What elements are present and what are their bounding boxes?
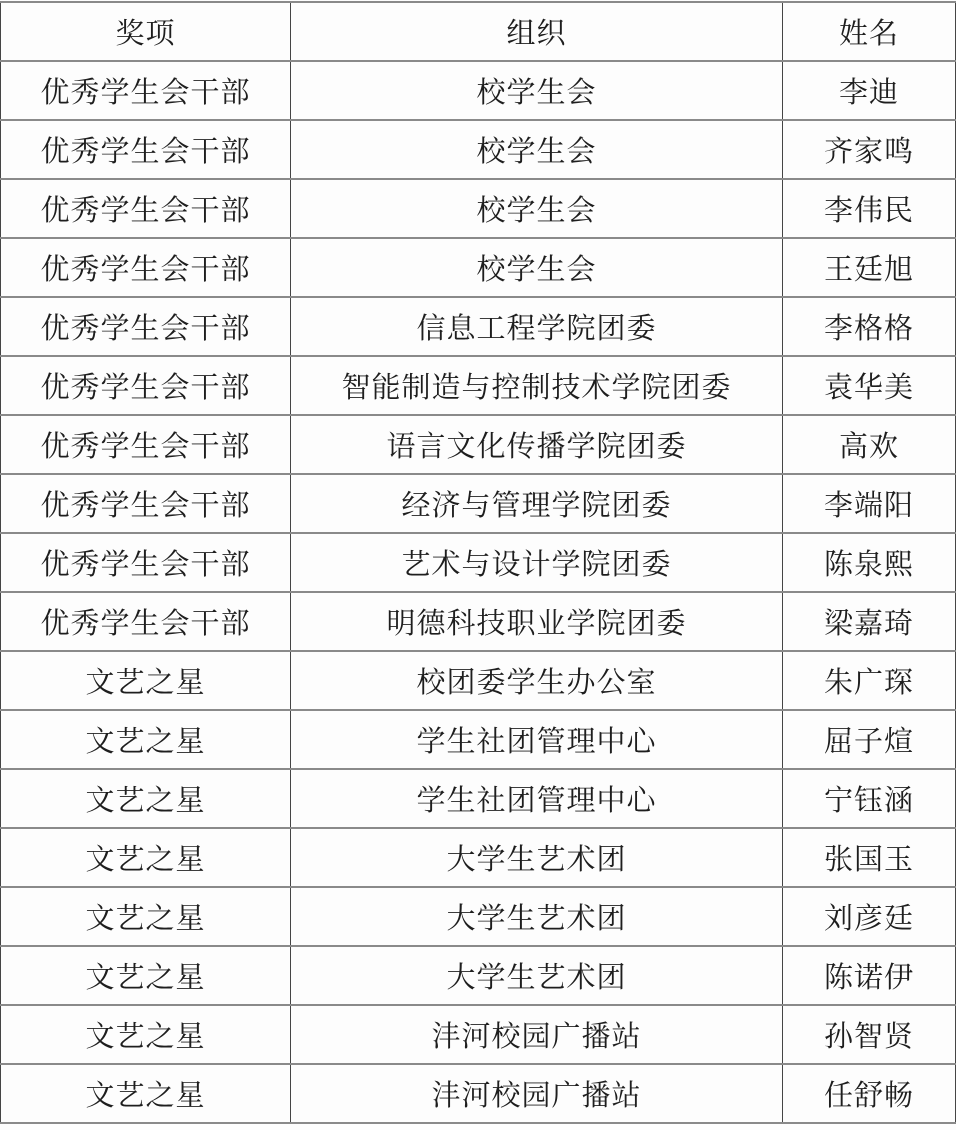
name-cell: 朱广琛 — [783, 651, 956, 710]
award-cell: 优秀学生会干部 — [1, 356, 291, 415]
organization-cell: 沣河校园广播站 — [291, 1005, 783, 1064]
table-row: 文艺之星大学生艺术团陈诺伊 — [1, 946, 956, 1005]
award-cell: 优秀学生会干部 — [1, 533, 291, 592]
table-row: 文艺之星大学生艺术团刘彦廷 — [1, 887, 956, 946]
organization-cell: 大学生艺术团 — [291, 828, 783, 887]
table-row: 优秀学生会干部校学生会齐家鸣 — [1, 120, 956, 179]
name-cell: 屈子煊 — [783, 710, 956, 769]
organization-cell: 学生社团管理中心 — [291, 710, 783, 769]
award-cell: 优秀学生会干部 — [1, 120, 291, 179]
table-row: 优秀学生会干部校学生会李伟民 — [1, 179, 956, 238]
award-cell: 优秀学生会干部 — [1, 297, 291, 356]
table-header: 奖项 组织 姓名 — [1, 2, 956, 61]
organization-cell: 明德科技职业学院团委 — [291, 592, 783, 651]
table-row: 文艺之星校团委学生办公室朱广琛 — [1, 651, 956, 710]
organization-cell: 沣河校园广播站 — [291, 1064, 783, 1123]
organization-cell: 大学生艺术团 — [291, 887, 783, 946]
award-cell: 优秀学生会干部 — [1, 415, 291, 474]
award-cell: 优秀学生会干部 — [1, 179, 291, 238]
award-cell: 文艺之星 — [1, 710, 291, 769]
organization-cell: 语言文化传播学院团委 — [291, 415, 783, 474]
organization-cell: 校学生会 — [291, 238, 783, 297]
organization-cell: 校学生会 — [291, 120, 783, 179]
name-cell: 王廷旭 — [783, 238, 956, 297]
award-cell: 优秀学生会干部 — [1, 592, 291, 651]
organization-cell: 大学生艺术团 — [291, 946, 783, 1005]
award-cell: 优秀学生会干部 — [1, 474, 291, 533]
organization-cell: 校学生会 — [291, 61, 783, 120]
award-cell: 优秀学生会干部 — [1, 61, 291, 120]
organization-cell: 学生社团管理中心 — [291, 769, 783, 828]
table-row: 优秀学生会干部经济与管理学院团委李端阳 — [1, 474, 956, 533]
table-row: 文艺之星沣河校园广播站孙智贤 — [1, 1005, 956, 1064]
award-cell: 文艺之星 — [1, 1005, 291, 1064]
name-cell: 陈泉熙 — [783, 533, 956, 592]
name-cell: 任舒畅 — [783, 1064, 956, 1123]
table-body: 优秀学生会干部校学生会李迪优秀学生会干部校学生会齐家鸣优秀学生会干部校学生会李伟… — [1, 61, 956, 1123]
table-row: 优秀学生会干部智能制造与控制技术学院团委袁华美 — [1, 356, 956, 415]
awards-table: 奖项 组织 姓名 优秀学生会干部校学生会李迪优秀学生会干部校学生会齐家鸣优秀学生… — [0, 1, 956, 1124]
award-cell: 文艺之星 — [1, 946, 291, 1005]
award-cell: 文艺之星 — [1, 651, 291, 710]
table-row: 文艺之星学生社团管理中心屈子煊 — [1, 710, 956, 769]
table-row: 文艺之星沣河校园广播站任舒畅 — [1, 1064, 956, 1123]
organization-cell: 经济与管理学院团委 — [291, 474, 783, 533]
table-row: 优秀学生会干部信息工程学院团委李格格 — [1, 297, 956, 356]
name-cell: 齐家鸣 — [783, 120, 956, 179]
table-row: 优秀学生会干部校学生会李迪 — [1, 61, 956, 120]
table-row: 文艺之星大学生艺术团张国玉 — [1, 828, 956, 887]
organization-cell: 艺术与设计学院团委 — [291, 533, 783, 592]
name-cell: 袁华美 — [783, 356, 956, 415]
name-cell: 李伟民 — [783, 179, 956, 238]
column-header-name: 姓名 — [783, 2, 956, 61]
award-cell: 文艺之星 — [1, 828, 291, 887]
name-cell: 李迪 — [783, 61, 956, 120]
table-row: 优秀学生会干部艺术与设计学院团委陈泉熙 — [1, 533, 956, 592]
award-cell: 文艺之星 — [1, 887, 291, 946]
name-cell: 宁钰涵 — [783, 769, 956, 828]
award-cell: 文艺之星 — [1, 769, 291, 828]
header-row: 奖项 组织 姓名 — [1, 2, 956, 61]
name-cell: 刘彦廷 — [783, 887, 956, 946]
award-cell: 优秀学生会干部 — [1, 238, 291, 297]
table-row: 文艺之星学生社团管理中心宁钰涵 — [1, 769, 956, 828]
name-cell: 梁嘉琦 — [783, 592, 956, 651]
table-row: 优秀学生会干部校学生会王廷旭 — [1, 238, 956, 297]
organization-cell: 智能制造与控制技术学院团委 — [291, 356, 783, 415]
name-cell: 孙智贤 — [783, 1005, 956, 1064]
name-cell: 李格格 — [783, 297, 956, 356]
document-page: 奖项 组织 姓名 优秀学生会干部校学生会李迪优秀学生会干部校学生会齐家鸣优秀学生… — [0, 0, 956, 1130]
name-cell: 陈诺伊 — [783, 946, 956, 1005]
table-row: 优秀学生会干部明德科技职业学院团委梁嘉琦 — [1, 592, 956, 651]
name-cell: 高欢 — [783, 415, 956, 474]
name-cell: 张国玉 — [783, 828, 956, 887]
table-row: 优秀学生会干部语言文化传播学院团委高欢 — [1, 415, 956, 474]
column-header-organization: 组织 — [291, 2, 783, 61]
organization-cell: 校团委学生办公室 — [291, 651, 783, 710]
award-cell: 文艺之星 — [1, 1064, 291, 1123]
name-cell: 李端阳 — [783, 474, 956, 533]
column-header-award: 奖项 — [1, 2, 291, 61]
organization-cell: 信息工程学院团委 — [291, 297, 783, 356]
organization-cell: 校学生会 — [291, 179, 783, 238]
